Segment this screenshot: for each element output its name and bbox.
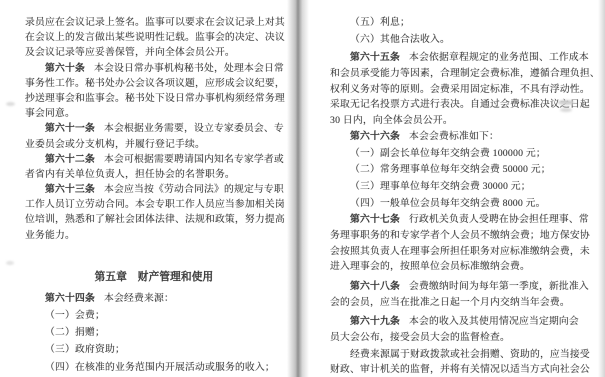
text-line: 位培训，熟悉和了解社会团体法律、法规和政策，努力提高	[25, 212, 283, 227]
text-line: 事会同意。	[25, 106, 283, 121]
text-line: 第六十八条会费缴纳时间为每年第一季度，新批准入	[330, 279, 596, 295]
chapter-heading: 第五章 财产管理和使用	[25, 269, 283, 286]
text-line: 采取无记名投票方式进行表决。自通过会费标准决议之日起	[330, 97, 596, 113]
text-line: 第六十一条本会根据业务需要，设立专家委员会、专	[25, 121, 283, 136]
scan-smudge	[6, 261, 14, 265]
article-number: 第六十二条	[45, 154, 95, 165]
text-line: 业委员会或分支机构，并履行登记手续。	[25, 137, 283, 152]
text-line: 在会议上的发言做出某些说明性记载。监事会的决定、决议	[25, 30, 283, 45]
text-line: 经费来源属于财政拨款或社会捐赠、资助的，应当接受	[330, 347, 596, 363]
scan-smudge	[558, 100, 574, 105]
text-line: 第六十条本会设日常办事机构秘书处，处理本会日常	[25, 61, 283, 76]
text-line: 第六十二条本会可根据需要聘请国内知名专家学者或	[25, 152, 283, 167]
text-line: 第六十六条本会会费标准如下：	[330, 129, 596, 145]
article-number: 第六十八条	[350, 281, 400, 292]
text-line: 30 日内，向全体会员公开。	[330, 113, 596, 129]
scan-smudge	[6, 102, 15, 106]
text-line: 业务能力。	[25, 228, 283, 243]
text-line: （三）理事单位每年交纳会费 30000 元；	[330, 179, 596, 195]
page-gutter-shadow	[287, 0, 309, 377]
scan-smudge	[560, 108, 572, 112]
article-number: 第六十九条	[350, 316, 400, 327]
text-line: 第六十五条本会依据章程规定的业务范围、工作成本	[330, 50, 596, 66]
text-line: 事务性工作。秘书处办公会议各项议题，应形成会议纪要，	[25, 76, 283, 91]
document-page-left: 录员应在会议记录上签名。监事可以要求在会议记录上对其在会议上的发言做出某些说明性…	[0, 0, 297, 377]
text-line: （五）利息；	[330, 15, 596, 31]
text-line: （二）常务理事单位每年交纳会费 50000 元；	[330, 162, 596, 178]
article-number: 第六十条	[45, 63, 85, 74]
text-line: 录员应在会议记录上签名。监事可以要求在会议记录上对其	[25, 15, 283, 30]
text-line: （四）一般单位会员每年交纳会费 8000 元。	[330, 196, 596, 212]
text-line: 务理事职务的和专家学者个人会员不缴纳会费；地方保安协	[330, 228, 596, 244]
page-content: （五）利息；（六）其他合法收入。第六十五条本会依据章程规定的业务范围、工作成本和…	[330, 15, 596, 377]
text-line: 第六十四条本会经费来源：	[25, 291, 283, 306]
page-number: 20	[302, 366, 605, 372]
page-content: 录员应在会议记录上签名。监事可以要求在会议记录上对其在会议上的发言做出某些说明性…	[25, 15, 283, 375]
text-line: （六）其他合法收入。	[330, 32, 596, 48]
text-line: 及会议记录等应妥善保管，并向全体会员公开。	[25, 45, 283, 60]
text-line: （一）副会长单位每年交纳会费 100000 元；	[330, 146, 596, 162]
text-line: 第六十三条本会应当按《劳动合同法》的规定与专职	[25, 182, 283, 197]
page-number: 19	[0, 366, 297, 372]
scan-edge-shadow	[598, 0, 605, 377]
article-number: 第六十六条	[350, 131, 400, 142]
scanned-document-spread: 录员应在会议记录上签名。监事可以要求在会议记录上对其在会议上的发言做出某些说明性…	[0, 0, 605, 377]
article-number: 第六十五条	[350, 52, 400, 63]
article-number: 第六十七条	[350, 214, 400, 225]
text-line: 进入理事会的，按照单位会员标准缴纳会费。	[330, 259, 596, 275]
text-line: 会按照其负责人在理事会所担任职务对应标准缴纳会费，未	[330, 244, 596, 260]
text-line: 会的会员，应当在批准之日起一个月内交纳当年会费。	[330, 295, 596, 311]
text-line: 第六十七条行政机关负责人受聘在协会担任理事、常	[330, 212, 596, 228]
text-line: （二）捐赠；	[25, 325, 283, 340]
text-line: （三）政府资助；	[25, 342, 283, 357]
text-line: 抄送理事会和监事会。秘书处下设日常办事机构须经常务理	[25, 91, 283, 106]
text-line: 员大会公布，接受会员大会的监督检查。	[330, 330, 596, 346]
document-page-right: （五）利息；（六）其他合法收入。第六十五条本会依据章程规定的业务范围、工作成本和…	[302, 0, 605, 377]
text-line: 第六十九条本会的收入及其使用情况应当定期向会	[330, 314, 596, 330]
text-line: 工作人员订立劳动合同。本会专职工作人员应当参加相关岗	[25, 197, 283, 212]
article-number: 第六十四条	[45, 293, 95, 304]
article-number: 第六十一条	[45, 123, 95, 134]
text-line: （一）会费；	[25, 308, 283, 323]
text-line: 和会员承受能力等因素，合理制定会费标准，遵循合理负担、	[330, 66, 596, 82]
text-line: 权利义务对等的原则。会费采用固定标准，不具有浮动性。	[330, 82, 596, 98]
text-line: 者省内有关单位负责人，担任协会的名誉职务。	[25, 167, 283, 182]
article-number: 第六十三条	[45, 184, 95, 195]
